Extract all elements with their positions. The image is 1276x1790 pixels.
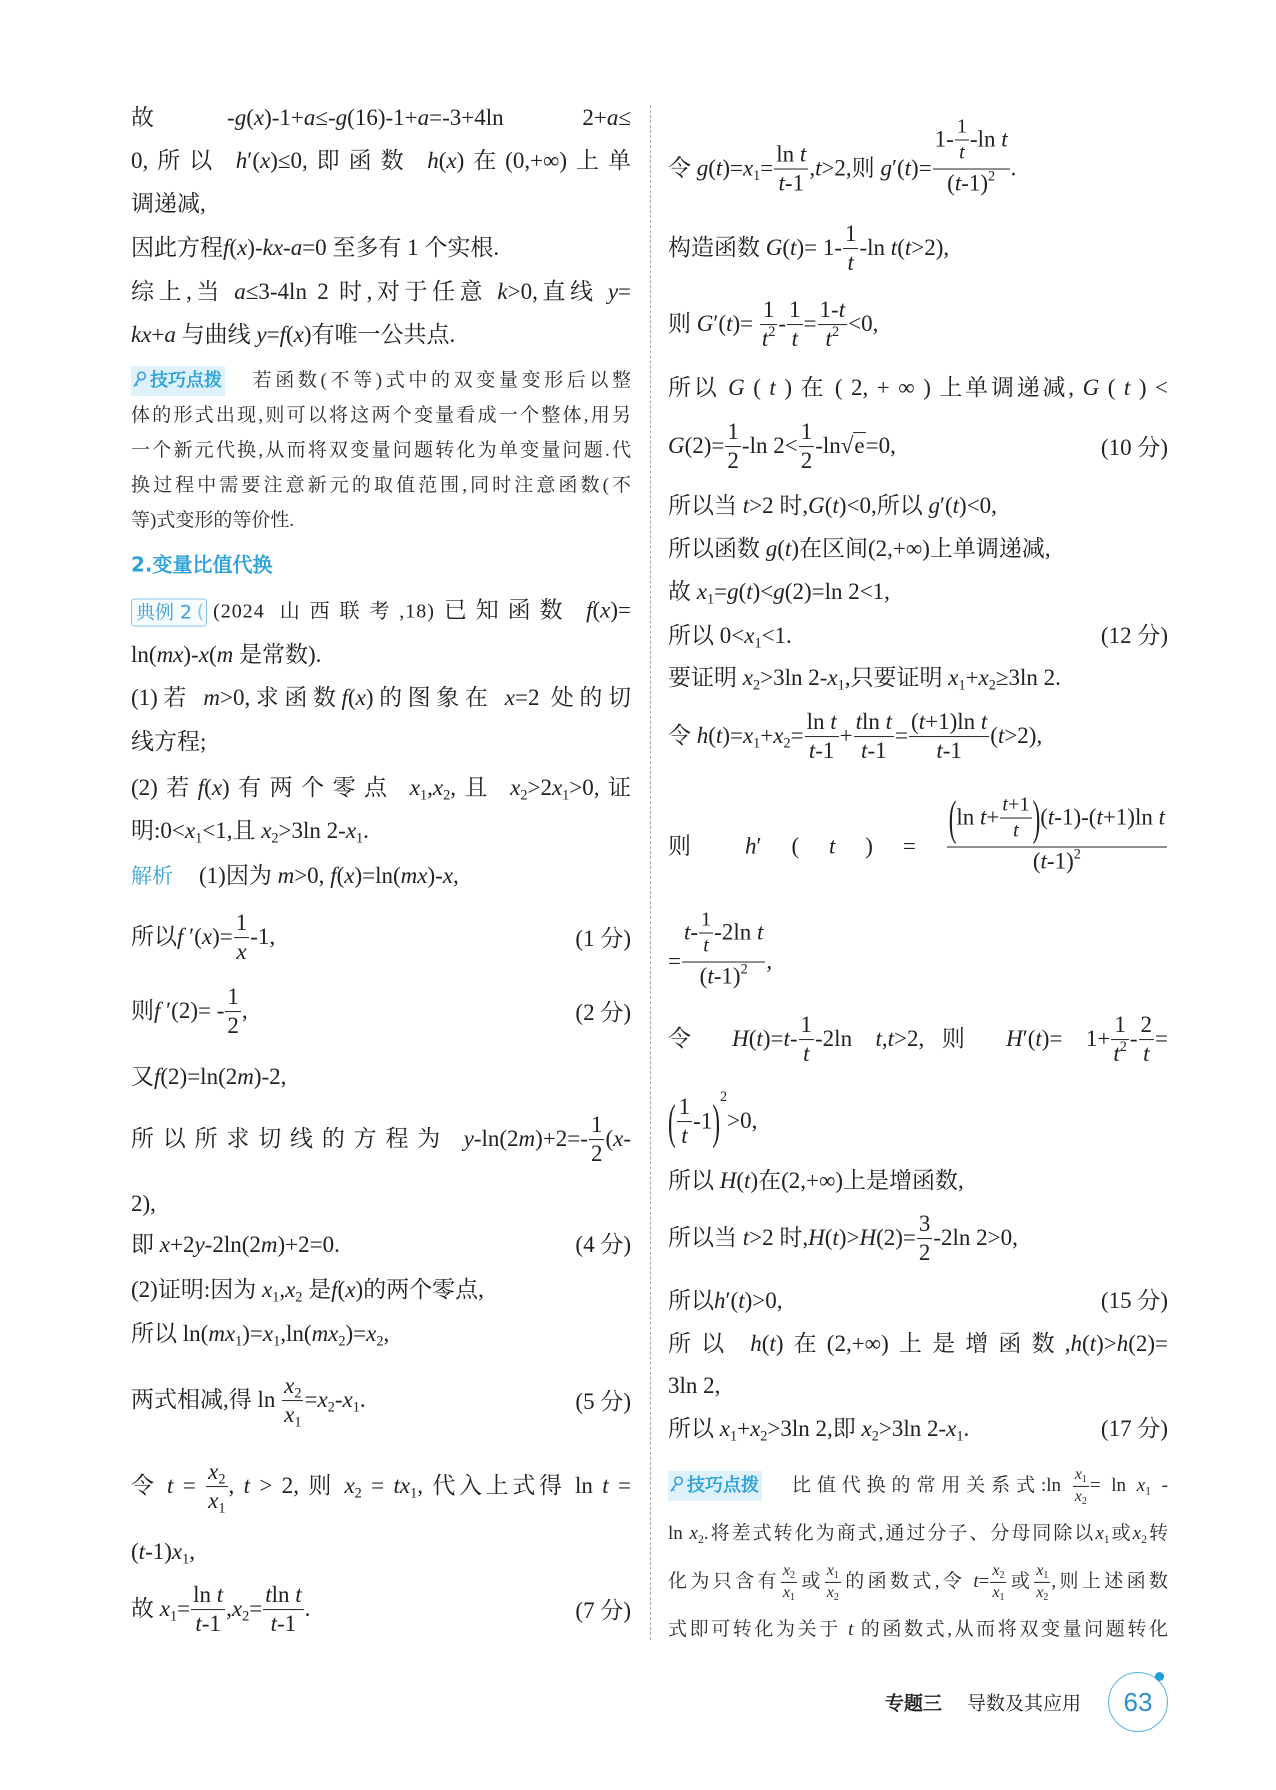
page-number: 63	[1124, 1687, 1153, 1718]
text-run: (	[736, 1168, 744, 1193]
numerator: 1	[799, 1012, 815, 1040]
math-variable: x	[202, 924, 212, 949]
text-run: =2 处的切	[515, 685, 631, 710]
text-run: (	[708, 155, 716, 180]
line-content: 构造函数 G(t)= 1-1t-ln t(t>2),	[668, 235, 949, 260]
math-variable: t	[839, 297, 845, 322]
numerator: x2	[282, 1373, 303, 1401]
fraction: 12	[799, 419, 815, 477]
math-variable: G	[1083, 375, 1100, 400]
text-run: )≤0,即函数	[270, 148, 427, 173]
text-run: (2)=ln 2<1,	[785, 579, 890, 604]
line-content: 所以 x1+x2>3ln 2,即 x2>3ln 2-x1.	[668, 1416, 969, 1441]
math-variable: G	[697, 311, 714, 336]
text-run: (	[286, 322, 294, 347]
math-variable: m	[237, 1064, 254, 1089]
proof-line: 综上,当 a≤3-4ln 2 时,对于任意 k>0,直线 y=	[131, 277, 631, 307]
numerator: x2	[206, 1459, 227, 1487]
denominator: x1	[282, 1402, 303, 1431]
text-run: ) =	[835, 833, 945, 858]
text-run: (	[782, 235, 790, 260]
right-paren-icon	[712, 1092, 720, 1155]
text-run: >3ln 2-	[879, 1416, 946, 1441]
text-run: (2)若	[131, 775, 198, 800]
text-run: ′(	[1023, 1026, 1036, 1051]
text-run: 1	[1114, 1012, 1126, 1037]
text-run: 2	[1141, 1012, 1153, 1037]
numerator: tln t	[854, 709, 894, 737]
subscript: 2	[784, 736, 791, 752]
math-variable: t	[886, 709, 892, 734]
text-run: 2	[801, 449, 813, 474]
math-variable: x	[433, 775, 443, 800]
line-content: 线方程;	[131, 729, 206, 754]
text-run: ln	[272, 1582, 296, 1607]
text-run: ′(	[892, 155, 905, 180]
solution-line: 所以 G ( t ) 在 ( 2, + ∞ ) 上单调递减, G ( t ) <	[668, 373, 1168, 403]
text-run: 令	[131, 1473, 167, 1498]
math-variable: x	[1075, 1488, 1082, 1505]
solution-line: 所以 ln(mx1)=x1,ln(mx2)=x2,	[131, 1319, 631, 1349]
math-variable: t	[981, 709, 987, 734]
numerator: 3	[917, 1211, 933, 1239]
text-run: =	[791, 723, 804, 748]
text-run: =	[173, 1473, 205, 1498]
text-run: (1)因为	[199, 863, 278, 888]
fraction: 1-tt2	[818, 297, 848, 355]
text-run: ln(	[131, 642, 157, 667]
text-run: 1	[789, 297, 801, 322]
text-run: 一个新元代换,从而将双变量问题转化为单变量问题.代	[131, 440, 631, 461]
text-run: ′(	[183, 924, 201, 949]
text-run: ′(	[940, 493, 953, 518]
text-run: )-1+	[264, 105, 304, 130]
text-run: ,只要证明	[845, 665, 949, 690]
text-run: -1	[277, 1612, 296, 1637]
tip-label: 技巧点拨	[668, 1471, 762, 1501]
text-run: +	[966, 665, 979, 690]
text-run: 与曲线	[176, 322, 257, 347]
text-run: 的函数式,令	[842, 1571, 973, 1592]
text-run: 所以	[131, 924, 177, 949]
numerator: ln t	[805, 709, 839, 737]
math-variable: t	[295, 1582, 301, 1607]
math-variable: G	[808, 493, 825, 518]
text-run: -ln	[859, 235, 890, 260]
math-variable: x	[948, 665, 958, 690]
text-run: .	[964, 1416, 970, 1441]
math-variable: x	[783, 1584, 790, 1601]
math-variable: x	[750, 1416, 760, 1441]
text-run: )=	[763, 1026, 784, 1051]
tip-line: 一个新元代换,从而将双变量问题转化为单变量问题.代	[131, 436, 631, 466]
text-run: +1)ln	[1103, 805, 1159, 830]
solution-label: 解析	[131, 864, 173, 888]
numerator: t-1t-2ln t	[682, 909, 765, 963]
text-run: .	[363, 818, 369, 843]
text-run: >2),	[911, 235, 949, 260]
text-run: 1	[845, 221, 857, 246]
superscript: 2	[741, 961, 748, 977]
numerator: x1	[1034, 1562, 1050, 1583]
math-variable: G	[766, 235, 783, 260]
footer-section-label: 专题三	[885, 1689, 942, 1716]
text-run: )=	[722, 723, 743, 748]
line-content: 比值代换的常用关系式:ln x1x2= ln x1 -	[786, 1475, 1168, 1496]
text-run: (	[1099, 375, 1124, 400]
text-run: 1	[727, 419, 739, 444]
score-mark: (12 分)	[1101, 621, 1168, 651]
line-content: 则 h′ ( t ) = ln t+t+1t(t-1)-(t+1)ln t(t-…	[668, 833, 1168, 858]
text-run: )有唯一公共点.	[304, 322, 455, 347]
line-content: 所以 G ( t ) 在 ( 2, + ∞ ) 上单调递减, G ( t ) <	[668, 375, 1168, 400]
numerator: 1	[725, 419, 741, 447]
math-variable: t	[1001, 127, 1007, 152]
text-run: 1	[236, 910, 248, 935]
subscript: 2	[834, 1592, 839, 1603]
fraction: tln tt-1	[263, 1582, 303, 1640]
text-run: 所以	[668, 1331, 750, 1356]
text-run: (1)若	[131, 685, 203, 710]
text-run: (	[246, 105, 254, 130]
radical-sign-icon	[841, 433, 854, 458]
text-run: 所以 0<	[668, 623, 744, 648]
text-run: )+2=0.	[278, 1232, 340, 1257]
text-run: 则	[668, 833, 745, 858]
text-run: 式即可转化为关于	[668, 1619, 848, 1640]
subscript: 1	[790, 1592, 795, 1603]
math-variable: t	[757, 920, 763, 945]
subscript: 2	[328, 1400, 335, 1416]
tip-line: 等)式变形的等价性.	[131, 506, 631, 536]
text-run: (	[605, 1126, 613, 1151]
numerator: x2	[990, 1562, 1006, 1583]
text-run: -2ln	[714, 920, 757, 945]
superscript: 2	[1074, 846, 1081, 862]
math-variable: x	[160, 1232, 170, 1257]
text-run: =	[249, 1596, 262, 1621]
text-run: 故	[131, 1596, 160, 1621]
text-run: ,则上述函数	[1051, 1571, 1168, 1592]
text-run: 1-	[820, 297, 839, 322]
math-variable: mx	[157, 642, 184, 667]
proof-line: 故-g(x)-1+a≤-g(16)-1+a=-3+4ln 2+a≤	[131, 103, 631, 133]
denominator: t2	[818, 326, 848, 355]
line-content: 化为只含有x2x1或x1x2的函数式,令 t=x2x1或x1x2,则上述函数	[668, 1571, 1168, 1592]
text-run: >0,	[727, 1108, 757, 1133]
text-run: -1)-(	[1054, 805, 1096, 830]
solution-line: 即 x+2y-2ln(2m)+2=0.(4 分)	[131, 1230, 631, 1260]
math-variable: t	[1159, 805, 1165, 830]
math-variable: g	[773, 579, 785, 604]
text-run: 1	[801, 419, 813, 444]
text-run: -1)	[714, 963, 741, 988]
line-content: 所以函数 g(t)在区间(2,+∞)上单调递减,	[668, 536, 1051, 561]
text-run: 1-	[935, 127, 954, 152]
solution-line: 故 x1=g(t)<g(2)=ln 2<1,	[668, 577, 1168, 607]
denominator: t	[677, 1123, 693, 1152]
section-heading: 2.变量比值代换	[131, 549, 273, 578]
subscript: 2	[355, 1486, 362, 1502]
solution-line: 令 g(t)=x1=ln tt-1,t>2,则 g′(t)=1-1t-ln t(…	[668, 116, 1168, 225]
denominator: 2	[589, 1141, 605, 1170]
math-variable: x	[342, 1387, 352, 1412]
math-variable: a	[304, 105, 316, 130]
text-run: -	[790, 1026, 798, 1051]
denominator: x2	[1034, 1583, 1050, 1605]
numerator: x1	[825, 1562, 841, 1583]
text-run: )=	[212, 924, 233, 949]
solution-line: 构造函数 G(t)= 1-1t-ln t(t>2),	[668, 221, 1168, 279]
text-run: 令	[668, 1026, 732, 1051]
numerator: 1-t	[818, 297, 848, 325]
line-content: 所以当 t>2 时,G(t)<0,所以 g′(t)<0,	[668, 493, 997, 518]
text-run: +1)ln	[925, 709, 981, 734]
fraction: 1t	[955, 116, 969, 168]
text-run: 1	[679, 1094, 691, 1119]
text-run: 线方程;	[131, 729, 206, 754]
text-run: >3ln 2-	[760, 665, 827, 690]
text-run: )=	[346, 1321, 367, 1346]
math-variable: x	[743, 155, 753, 180]
math-variable: a	[418, 105, 430, 130]
denominator: x1	[206, 1488, 227, 1517]
text-run: (	[777, 536, 785, 561]
fraction: 1t	[677, 1094, 693, 1152]
subscript: 1	[956, 1429, 963, 1445]
math-variable: x	[827, 1562, 834, 1579]
math-variable: H	[808, 1225, 825, 1250]
line-content: ln x2.将差式转化为商式,通过分子、分母同除以x1或x2转	[668, 1523, 1168, 1544]
math-variable: mx	[312, 1321, 339, 1346]
text-run: )-	[183, 642, 198, 667]
text-run: 2	[591, 1142, 603, 1167]
text-run: )<0,	[959, 493, 997, 518]
solution-line: 所以所求切线的方程为 y-ln(2m)+2=-12(x-	[131, 1112, 631, 1170]
right-paren-icon	[1033, 792, 1041, 848]
denominator: t	[1000, 819, 1031, 845]
text-run: =	[979, 1571, 990, 1592]
text-run: =0 至多有 1 个实根.	[302, 235, 499, 260]
text-run: (2)=	[685, 433, 725, 458]
math-variable: h	[236, 148, 248, 173]
left-paren-icon	[668, 1092, 676, 1155]
text-run: 1	[227, 984, 239, 1009]
text-run: <0,	[848, 311, 878, 336]
text-run: (2)=	[1128, 1331, 1168, 1356]
footer-chapter-title: 导数及其应用	[967, 1689, 1081, 1716]
text-run: 2	[227, 1014, 239, 1039]
numerator: ln t	[774, 141, 808, 169]
text-run: 1	[801, 1012, 813, 1037]
text-run: )<	[753, 579, 774, 604]
fraction: 1-1t-ln t(t-1)2	[933, 116, 1010, 225]
denominator: t2	[1111, 1041, 1129, 1070]
text-run: -1	[867, 739, 886, 764]
numerator: 1	[787, 297, 803, 325]
math-variable: x	[697, 579, 707, 604]
text-run: (	[990, 723, 998, 748]
fraction: 12	[589, 1112, 605, 1170]
math-variable: H	[859, 1225, 876, 1250]
fraction: (t+1)ln tt-1	[909, 709, 989, 767]
text-run: )-2,	[254, 1064, 287, 1089]
text-run: >2	[527, 775, 551, 800]
paren-content: ln t+t+1t	[956, 794, 1032, 846]
numerator: (t+1)ln t	[909, 709, 989, 737]
tip-line: ln x2.将差式转化为商式,通过分子、分母同除以x1或x2转	[668, 1519, 1168, 1549]
math-variable: x	[552, 775, 562, 800]
subscript: 2	[376, 1334, 383, 1350]
fraction: ln tt-1	[805, 709, 839, 767]
text-run: =-3+4ln 2+	[429, 105, 607, 130]
fraction: ln tt-1	[191, 1582, 225, 1640]
solution-line: 所以 h(t)在(2,+∞)上是增函数,h(t)>h(2)=	[668, 1329, 1168, 1359]
text-run: 所以	[668, 1288, 714, 1313]
math-variable: g	[880, 155, 892, 180]
numerator: ln t+t+1t(t-1)-(t+1)ln t	[947, 794, 1167, 848]
line-content: 令 g(t)=x1=ln tt-1,t>2,则 g′(t)=1-1t-ln t(…	[668, 155, 1016, 180]
text-run: 令	[668, 155, 697, 180]
math-variable: x	[1095, 1523, 1103, 1544]
text-run: 是	[302, 1277, 331, 1302]
text-run: 又	[131, 1064, 154, 1089]
line-content: 若函数(不等)式中的双变量变形后以整	[249, 370, 631, 391]
math-variable: t	[1013, 820, 1019, 842]
text-run: >3ln 2-	[279, 818, 346, 843]
line-content: 等)式变形的等价性.	[131, 510, 294, 531]
text-run: 调递减,	[131, 191, 206, 216]
text-run: 即	[131, 1232, 160, 1257]
text-run: 的函数式,从而将双变量问题转化	[853, 1619, 1168, 1640]
math-variable: H	[1006, 1026, 1023, 1051]
text-run: 1	[957, 116, 967, 138]
line-content: 3ln 2,	[668, 1373, 720, 1398]
text-run: -	[778, 311, 786, 336]
text-run: )-	[427, 863, 442, 888]
math-variable: x	[1133, 1523, 1141, 1544]
solution-line: =t-1t-2ln t(t-1)2,	[668, 909, 1168, 1018]
score-mark: (4 分)	[575, 1230, 631, 1260]
line-content: 故-g(x)-1+a≤-g(16)-1+a=-3+4ln 2+a≤	[131, 105, 631, 130]
text-run: 所以所求切线的方程为	[131, 1126, 464, 1151]
text-run: +	[840, 723, 853, 748]
solution-line: 故 x1=ln tt-1,x2=tln tt-1.(7 分)	[131, 1582, 631, 1640]
text-run: (16)-1+	[347, 105, 417, 130]
denominator: t-1	[909, 738, 989, 767]
line-content: 2),	[131, 1191, 156, 1216]
proof-line: 0,所以 h′(x)≤0,即函数 h(x)在(0,+∞)上单	[131, 146, 631, 176]
math-variable: y	[464, 1126, 474, 1151]
math-variable: t	[1143, 1042, 1149, 1067]
solution-line: 则 h′ ( t ) = ln t+t+1t(t-1)-(t+1)ln t(t-…	[668, 794, 1168, 903]
text-run: 因此方程	[131, 235, 223, 260]
source-citation: (2024 山西联考,18)	[213, 601, 435, 623]
fraction: 12	[725, 419, 741, 477]
line-content: 两式相减,得 ln x2x1=x2-x1.	[131, 1387, 366, 1412]
text-run: ln	[862, 709, 886, 734]
solution-line: G(2)=12-ln 2<12-lne=0,(10 分)	[668, 419, 1168, 477]
line-content: 所以 ln(mx1)=x1,ln(mx2)=x2,	[131, 1321, 389, 1346]
line-content: 体的形式出现,则可以将这两个变量看成一个整体,用另	[131, 405, 631, 426]
math-variable: t	[800, 141, 806, 166]
math-variable: m	[261, 1232, 278, 1257]
text-run: (	[1033, 848, 1041, 873]
math-variable: h	[1071, 1331, 1083, 1356]
text-run: -1,	[250, 924, 275, 949]
text-run: 明:0<	[131, 818, 185, 843]
tip-line: 式即可转化为关于 t 的函数式,从而将双变量问题转化	[668, 1615, 1168, 1645]
text-run: =	[304, 1387, 317, 1412]
text-run: 或	[1007, 1571, 1033, 1592]
text-run: +	[151, 322, 164, 347]
page-number-badge: 63	[1108, 1672, 1168, 1732]
text-run: 3ln 2,	[668, 1373, 720, 1398]
fraction: 1x	[234, 910, 250, 968]
math-variable: g	[766, 536, 778, 561]
math-variable: a	[234, 279, 246, 304]
left-paren-icon	[949, 792, 957, 848]
proof-line: kx+a 与曲线 y=f(x)有唯一公共点.	[131, 320, 631, 350]
text-run: =	[618, 279, 631, 304]
example-line: 典例 2(2024 山西联考,18)已知函数 f(x)=	[131, 596, 631, 627]
math-variable: x	[690, 1523, 698, 1544]
denominator: x1	[990, 1583, 1006, 1605]
subscript: 1	[958, 678, 965, 694]
text-run: = ln	[1090, 1475, 1137, 1496]
math-variable: a	[607, 105, 619, 130]
denominator: t	[787, 326, 803, 355]
math-variable: y	[194, 1232, 204, 1257]
text-run: )>	[839, 1225, 860, 1250]
denominator: x2	[825, 1583, 841, 1605]
text-run: 已知函数	[435, 598, 586, 623]
denominator: t	[955, 141, 969, 167]
text-run: )=	[722, 155, 743, 180]
numerator: 2	[1139, 1012, 1155, 1040]
math-variable: x	[208, 1459, 218, 1484]
line-content: (2)若f(x)有两个零点 x1,x2,且 x2>2x1>0,证	[131, 775, 631, 800]
denominator: (t-1)2	[682, 962, 765, 1017]
subscript: 1	[834, 1570, 839, 1581]
solution-line: 所以 x1+x2>3ln 2,即 x2>3ln 2-x1.(17 分)	[668, 1414, 1168, 1444]
math-variable: x	[254, 105, 264, 130]
math-variable: h	[427, 148, 439, 173]
text-run: >2 时,	[749, 493, 808, 518]
text-run: -ln(2	[474, 1126, 519, 1151]
text-run: >0,	[294, 863, 330, 888]
text-run: -	[623, 1126, 631, 1151]
text-run: -	[1130, 1026, 1138, 1051]
text-run: )在(2,+∞)上是增函数,	[750, 1168, 963, 1193]
math-variable: t	[217, 1582, 223, 1607]
text-run: +	[986, 805, 999, 830]
line-content: 明:0<x1<1,且 x2>3ln 2-x1.	[131, 818, 369, 843]
text-run: 1	[591, 1112, 603, 1137]
tip-line: 换过程中需要注意新元的取值范围,同时注意函数(不	[131, 471, 631, 501]
subscript: 1	[218, 1501, 225, 1517]
subscript: 2	[999, 1570, 1004, 1581]
subscript: 1	[1082, 1474, 1087, 1485]
line-content: 一个新元代换,从而将双变量问题转化为单变量问题.代	[131, 440, 631, 461]
text-run: 两式相减,得 ln	[131, 1387, 281, 1412]
line-content: 所以h′(t)>0,	[668, 1288, 782, 1313]
line-content: 所以所求切线的方程为 y-ln(2m)+2=-12(x-	[131, 1126, 631, 1151]
denominator: t-1	[805, 738, 839, 767]
fraction: tln tt-1	[854, 709, 894, 767]
text-run: 所以当	[668, 493, 743, 518]
math-variable: g	[928, 493, 940, 518]
